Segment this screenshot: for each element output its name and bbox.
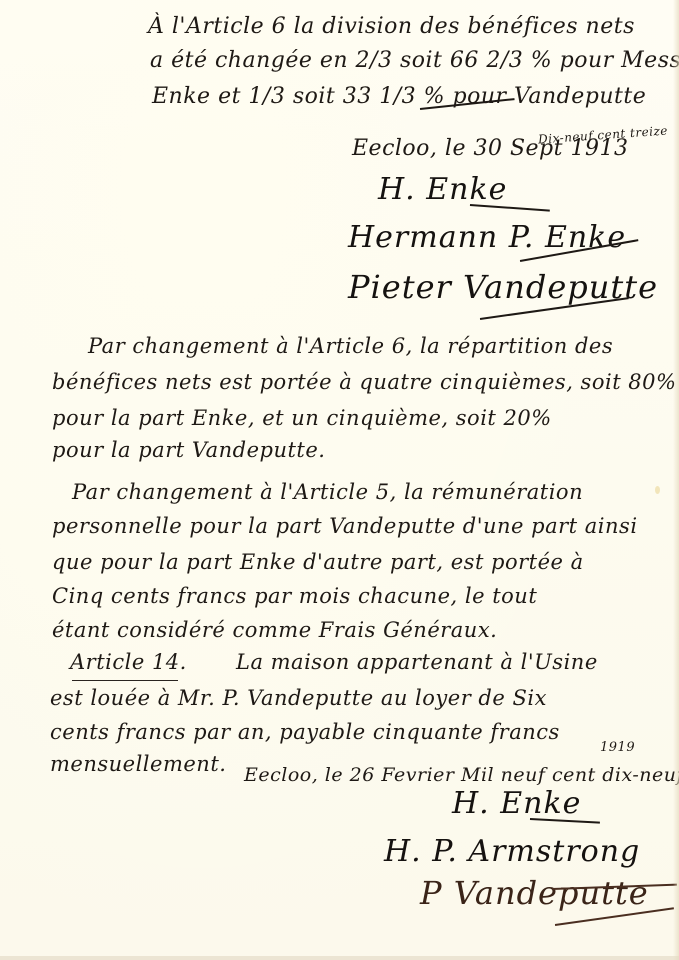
text-line-art5-1: Par changement à l'Article 5, la rémunér…	[72, 480, 583, 504]
text-line-art14-2: est louée à Mr. P. Vandeputte au loyer d…	[50, 686, 547, 710]
text-line-art6-3: pour la part Enke, et un cinquième, soit…	[52, 406, 552, 430]
signature-p-vandeputte: P Vandeputte	[420, 874, 649, 912]
text-line-art5-3: que pour la part Enke d'autre part, est …	[52, 550, 584, 574]
text-line-art6-1: Par changement à l'Article 6, la réparti…	[88, 334, 613, 358]
signature-h-enke-1913: H. Enke	[378, 172, 507, 207]
text-line-art5-5: étant considéré comme Frais Généraux.	[52, 618, 497, 642]
year-note-1919: 1919	[600, 740, 635, 755]
article-14-underline	[72, 680, 178, 681]
paper-edge	[0, 956, 679, 960]
text-line-art14-4: mensuellement.	[50, 752, 226, 776]
text-line-1913-2: a été changée en 2/3 soit 66 2/3 % pour …	[150, 48, 679, 73]
text-line-1913-1: À l'Article 6 la division des bénéfices …	[148, 14, 635, 39]
text-line-art14-1: La maison appartenant à l'Usine	[236, 650, 598, 674]
article-14-heading: Article 14.	[70, 650, 187, 674]
signature-h-p-armstrong: H. P. Armstrong	[384, 834, 640, 869]
document-page: À l'Article 6 la division des bénéfices …	[0, 0, 679, 960]
text-line-1913-3: Enke et 1/3 soit 33 1/3 % pour Vandeputt…	[152, 84, 646, 109]
place-date-1919: Eecloo, le 26 Fevrier Mil neuf cent dix-…	[244, 764, 679, 786]
place-date-1913: Eecloo, le 30 Sept 1913	[352, 136, 628, 161]
text-line-art5-4: Cinq cents francs par mois chacune, le t…	[52, 584, 537, 608]
signature-flourish	[470, 204, 550, 211]
text-line-art6-4: pour la part Vandeputte.	[52, 438, 325, 462]
text-line-art6-2: bénéfices nets est portée à quatre cinqu…	[52, 370, 676, 394]
signature-h-enke-1919: H. Enke	[452, 786, 581, 821]
text-line-art5-2: personnelle pour la part Vandeputte d'un…	[52, 514, 638, 538]
text-line-art14-3: cents francs par an, payable cinquante f…	[50, 720, 560, 744]
paper-stain	[655, 486, 660, 494]
